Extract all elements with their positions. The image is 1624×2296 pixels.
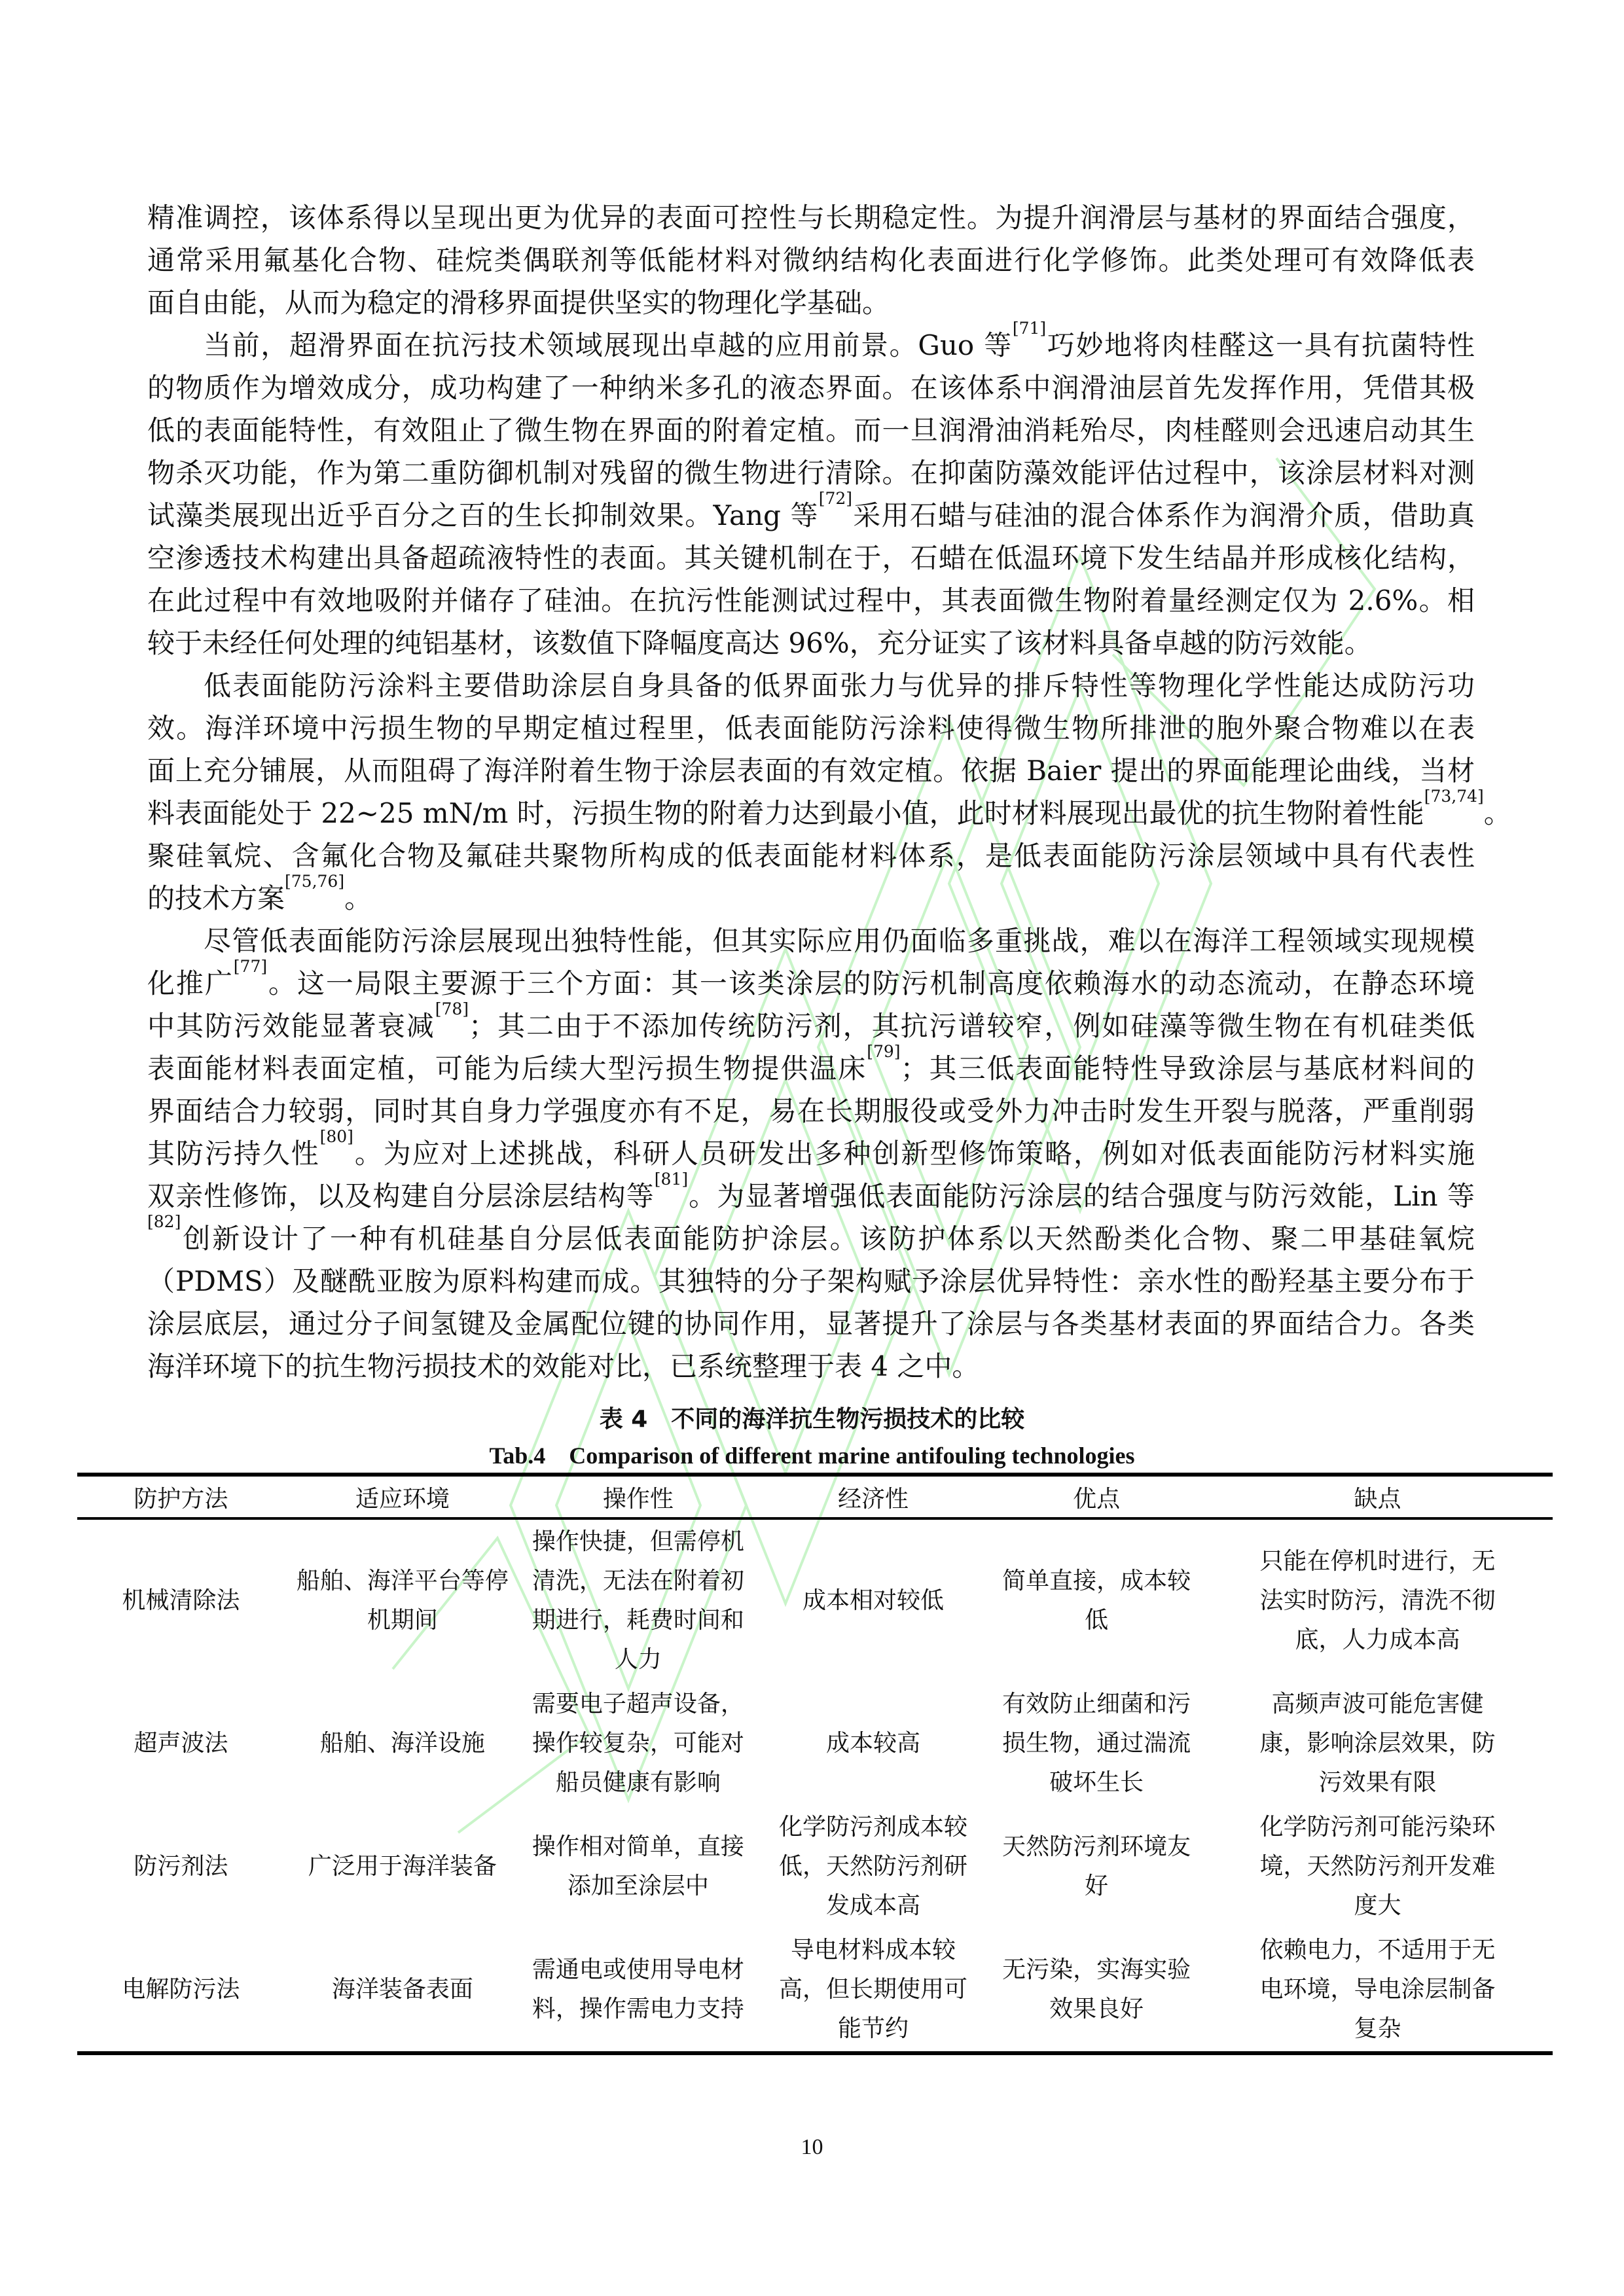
table-cell: 操作快捷，但需停机清洗，无法在附着初期进行，耗费时间和人力	[520, 1518, 756, 1682]
text-line: 海洋环境下的抗生物污损技术的效能对比，已系统整理于表 4 之中。	[147, 1345, 1475, 1388]
cell-text: 低	[1002, 1601, 1191, 1640]
table-cell: 防污剂法	[77, 1805, 285, 1928]
cell-text: 简单直接，成本较	[1002, 1562, 1191, 1601]
table-cell: 电解防污法	[77, 1928, 285, 2053]
table-cell: 机械清除法	[77, 1518, 285, 1682]
cell-text: 船舶、海洋设施	[297, 1724, 509, 1763]
col-header-disadvantages: 缺点	[1202, 1475, 1553, 1518]
table-cell: 船舶、海洋设施	[285, 1682, 520, 1805]
table-header-row: 防护方法 适应环境 操作性 经济性 优点 缺点	[77, 1475, 1553, 1518]
table-cell: 无污染，实海实验效果良好	[990, 1928, 1202, 2053]
table-cell: 船舶、海洋平台等停机期间	[285, 1518, 520, 1682]
cell-text: 成本较高	[768, 1724, 979, 1763]
text-run: 较于未经任何处理的纯铝基材，该数值下降幅度高达 96%，充分证实了该材料具备卓越…	[147, 627, 1372, 659]
table-cell: 导电材料成本较高，但长期使用可能节约	[756, 1928, 990, 2053]
text-run: 海洋环境下的抗生物污损技术的效能对比，已系统整理于表 4 之中。	[147, 1350, 979, 1382]
text-run: 在此过程中有效地吸附并储存了硅油。在抗污性能测试过程中，其表面微生物附着量经测定…	[147, 584, 1475, 617]
table-cell: 只能在停机时进行，无法实时防污，清洗不彻底，人力成本高	[1202, 1518, 1553, 1682]
text-line: 通常采用氟基化合物、硅烷类偶联剂等低能材料对微纳结构化表面进行化学修饰。此类处理…	[147, 239, 1475, 281]
cell-text: 度大	[1214, 1886, 1541, 1926]
text-run: 创新设计了一种有机硅基自分层低表面能防护涂层。该防护体系以天然酚类化合物、聚二甲…	[181, 1223, 1475, 1255]
text-run: ；其三低表面能特性导致涂层与基底材料间的	[901, 1052, 1475, 1085]
cell-text: 破坏生长	[1002, 1763, 1191, 1803]
paragraph: 当前，超滑界面在抗污技术领域展现出卓越的应用前景。Guo 等[71]巧妙地将肉桂…	[147, 324, 1475, 664]
text-run: 效。海洋环境中污损生物的早期定植过程里，低表面能防污涂料使得微生物所排泄的胞外聚…	[147, 712, 1475, 744]
cell-text: 人力	[532, 1640, 744, 1679]
cell-text: 电环境，导电涂层制备	[1214, 1970, 1541, 2009]
text-run: 采用石蜡与硅油的混合体系作为润滑介质，借助真	[852, 499, 1475, 531]
table-cell: 广泛用于海洋装备	[285, 1805, 520, 1928]
col-header-method: 防护方法	[77, 1475, 285, 1518]
text-line: 料表面能处于 22~25 mN/m 时，污损生物的附着力达到最小值，此时材料展现…	[147, 792, 1475, 834]
table-cell: 需要电子超声设备，操作较复杂，可能对船员健康有影响	[520, 1682, 756, 1805]
cell-text: 清洗，无法在附着初	[532, 1562, 744, 1601]
text-run: 双亲性修饰，以及构建自分层涂层结构等	[147, 1180, 655, 1212]
text-run: 精准调控，该体系得以呈现出更为优异的表面可控性与长期稳定性。为提升润滑层与基材的…	[147, 202, 1475, 234]
text-line: 面自由能，从而为稳定的滑移界面提供坚实的物理化学基础。	[147, 281, 1475, 324]
text-line: 中其防污效能显著衰减[78]；其二由于不添加传统防污剂，其抗污谱较窄，例如硅藻等…	[147, 1005, 1475, 1047]
citation-ref: [80]	[320, 1127, 353, 1146]
table-row: 电解防污法海洋装备表面需通电或使用导电材料，操作需电力支持导电材料成本较高，但长…	[77, 1928, 1553, 2053]
cell-text: 境，天然防污剂开发难	[1214, 1847, 1541, 1886]
text-run: 空渗透技术构建出具备超疏液特性的表面。其关键机制在于，石蜡在低温环境下发生结晶并…	[147, 542, 1475, 574]
text-line: 双亲性修饰，以及构建自分层涂层结构等[81]。为显著增强低表面能防污涂层的结合强…	[147, 1175, 1475, 1217]
cell-text: 机械清除法	[89, 1581, 273, 1621]
cell-text: 船舶、海洋平台等停	[297, 1562, 509, 1601]
text-run: 巧妙地将肉桂醛这一具有抗菌特性	[1046, 329, 1475, 361]
text-line: 的物质作为增效成分，成功构建了一种纳米多孔的液态界面。在该体系中润滑油层首先发挥…	[147, 367, 1475, 409]
text-line: 在此过程中有效地吸附并储存了硅油。在抗污性能测试过程中，其表面微生物附着量经测定…	[147, 579, 1475, 622]
cell-text: 料，操作需电力支持	[532, 1990, 744, 2029]
table-cell: 天然防污剂环境友好	[990, 1805, 1202, 1928]
text-line: 较于未经任何处理的纯铝基材，该数值下降幅度高达 96%，充分证实了该材料具备卓越…	[147, 622, 1475, 664]
text-run: 涂层底层，通过分子间氢键及金属配位键的协同作用，显著提升了涂层与各类基材表面的界…	[147, 1308, 1475, 1340]
text-run: 面自由能，从而为稳定的滑移界面提供坚实的物理化学基础。	[147, 287, 890, 319]
cell-text: 期进行，耗费时间和	[532, 1601, 744, 1640]
col-header-operability: 操作性	[520, 1475, 756, 1518]
table-cell: 高频声波可能危害健康，影响涂层效果，防污效果有限	[1202, 1682, 1553, 1805]
cell-text: 导电材料成本较	[768, 1931, 979, 1970]
cell-text: 高频声波可能危害健	[1214, 1685, 1541, 1724]
table-cell: 超声波法	[77, 1682, 285, 1805]
text-run: 通常采用氟基化合物、硅烷类偶联剂等低能材料对微纳结构化表面进行化学修饰。此类处理…	[147, 244, 1475, 276]
cell-text: 操作较复杂，可能对	[532, 1724, 744, 1763]
cell-text: 需通电或使用导电材	[532, 1950, 744, 1990]
cell-text: 有效防止细菌和污	[1002, 1685, 1191, 1724]
text-line: 面上充分铺展，从而阻碍了海洋附着生物于涂层表面的有效定植。依据 Baier 提出…	[147, 749, 1475, 792]
cell-text: 操作相对简单，直接	[532, 1827, 744, 1867]
cell-text: 发成本高	[768, 1886, 979, 1926]
text-run: 的技术方案	[147, 882, 285, 914]
table-caption-en: Tab.4 Comparison of different marine ant…	[0, 1437, 1624, 1471]
table-row: 防污剂法广泛用于海洋装备操作相对简单，直接添加至涂层中化学防污剂成本较低，天然防…	[77, 1805, 1553, 1928]
cell-text: 低，天然防污剂研	[768, 1847, 979, 1886]
text-run: 面上充分铺展，从而阻碍了海洋附着生物于涂层表面的有效定植。依据 Baier 提出…	[147, 755, 1475, 787]
col-header-economy: 经济性	[756, 1475, 990, 1518]
text-run: 中其防污效能显著衰减	[147, 1010, 435, 1042]
cell-text: 广泛用于海洋装备	[297, 1847, 509, 1886]
citation-ref: [79]	[867, 1042, 900, 1061]
text-line: [82]创新设计了一种有机硅基自分层低表面能防护涂层。该防护体系以天然酚类化合物…	[147, 1217, 1475, 1260]
cell-text: 添加至涂层中	[532, 1867, 744, 1906]
col-header-environment: 适应环境	[285, 1475, 520, 1518]
citation-ref: [75,76]	[285, 872, 344, 891]
text-run: 当前，超滑界面在抗污技术领域展现出卓越的应用前景。Guo 等	[204, 329, 1013, 361]
citation-ref: [71]	[1013, 319, 1046, 338]
cell-text: 康，影响涂层效果，防	[1214, 1724, 1541, 1763]
text-run: 试藻类展现出近乎百分之百的生长抑制效果。Yang 等	[147, 499, 819, 531]
cell-text: 超声波法	[89, 1724, 273, 1763]
cell-text: 污效果有限	[1214, 1763, 1541, 1803]
table-cell: 化学防污剂成本较低，天然防污剂研发成本高	[756, 1805, 990, 1928]
text-run: 。为应对上述挑战，科研人员研发出多种创新型修饰策略，例如对低表面能防污材料实施	[353, 1138, 1475, 1170]
cell-text: 法实时防污，清洗不彻	[1214, 1581, 1541, 1621]
cell-text: 防污剂法	[89, 1847, 273, 1886]
text-run: 界面结合力较弱，同时其自身力学强度亦有不足，易在长期服役或受外力冲击时发生开裂与…	[147, 1095, 1475, 1127]
comparison-table: 防护方法 适应环境 操作性 经济性 优点 缺点 机械清除法船舶、海洋平台等停机期…	[77, 1473, 1553, 2055]
citation-ref: [72]	[819, 489, 852, 508]
text-run: 聚硅氧烷、含氟化合物及氟硅共聚物所构成的低表面能材料体系，是低表面能防污涂层领域…	[147, 840, 1475, 872]
text-run: 其防污持久性	[147, 1138, 320, 1170]
citation-ref: [78]	[435, 999, 469, 1018]
text-line: 聚硅氧烷、含氟化合物及氟硅共聚物所构成的低表面能材料体系，是低表面能防污涂层领域…	[147, 834, 1475, 877]
text-run: 低表面能防污涂料主要借助涂层自身具备的低界面张力与优异的排斥特性等物理化学性能达…	[204, 670, 1475, 702]
text-run: 。这一局限主要源于三个方面：其一该类涂层的防污机制高度依赖海水的动态流动，在静态…	[267, 967, 1475, 999]
text-run: 物杀灭功能，作为第二重防御机制对残留的微生物进行清除。在抑菌防藻效能评估过程中，…	[147, 457, 1475, 489]
cell-text: 成本相对较低	[768, 1581, 979, 1621]
citation-ref: [81]	[655, 1170, 688, 1189]
text-line: 表面能材料表面定植，可能为后续大型污损生物提供温床[79]；其三低表面能特性导致…	[147, 1047, 1475, 1090]
table-cell: 化学防污剂可能污染环境，天然防污剂开发难度大	[1202, 1805, 1553, 1928]
text-run: 料表面能处于 22~25 mN/m 时，污损生物的附着力达到最小值，此时材料展现…	[147, 797, 1424, 829]
citation-ref: [77]	[234, 957, 267, 976]
text-run: 的物质作为增效成分，成功构建了一种纳米多孔的液态界面。在该体系中润滑油层首先发挥…	[147, 372, 1475, 404]
text-run: ；其二由于不添加传统防污剂，其抗污谱较窄，例如硅藻等微生物在有机硅类低	[469, 1010, 1475, 1042]
table-cell: 需通电或使用导电材料，操作需电力支持	[520, 1928, 756, 2053]
table-cell: 成本较高	[756, 1682, 990, 1805]
cell-text: 需要电子超声设备，	[532, 1685, 744, 1724]
table-cell: 简单直接，成本较低	[990, 1518, 1202, 1682]
paragraph: 尽管低表面能防污涂层展现出独特性能，但其实际应用仍面临多重挑战，难以在海洋工程领…	[147, 920, 1475, 1388]
text-line: （PDMS）及醚酰亚胺为原料构建而成。其独特的分子架构赋予涂层优异特性：亲水性的…	[147, 1260, 1475, 1302]
cell-text: 高，但长期使用可	[768, 1970, 979, 2009]
text-line: 尽管低表面能防污涂层展现出独特性能，但其实际应用仍面临多重挑战，难以在海洋工程领…	[147, 920, 1475, 962]
text-line: 空渗透技术构建出具备超疏液特性的表面。其关键机制在于，石蜡在低温环境下发生结晶并…	[147, 537, 1475, 579]
text-run: 。为显著增强低表面能防污涂层的结合强度与防污效能，Lin 等	[688, 1180, 1475, 1212]
col-header-advantages: 优点	[990, 1475, 1202, 1518]
text-run: （PDMS）及醚酰亚胺为原料构建而成。其独特的分子架构赋予涂层优异特性：亲水性的…	[147, 1265, 1475, 1297]
text-line: 试藻类展现出近乎百分之百的生长抑制效果。Yang 等[72]采用石蜡与硅油的混合…	[147, 494, 1475, 537]
text-run: 化推广	[147, 967, 234, 999]
table-cell: 依赖电力，不适用于无电环境，导电涂层制备复杂	[1202, 1928, 1553, 2053]
cell-text: 只能在停机时进行，无	[1214, 1542, 1541, 1581]
cell-text: 复杂	[1214, 2009, 1541, 2049]
table-row: 超声波法船舶、海洋设施需要电子超声设备，操作较复杂，可能对船员健康有影响成本较高…	[77, 1682, 1553, 1805]
cell-text: 损生物，通过湍流	[1002, 1724, 1191, 1763]
text-line: 低的表面能特性，有效阻止了微生物在界面的附着定植。而一旦润滑油消耗殆尽，肉桂醛则…	[147, 409, 1475, 452]
table-caption-cn: 表 4 不同的海洋抗生物污损技术的比较	[0, 1401, 1624, 1434]
cell-text: 无污染，实海实验	[1002, 1950, 1191, 1990]
cell-text: 电解防污法	[89, 1970, 273, 2009]
cell-text: 底，人力成本高	[1214, 1621, 1541, 1660]
cell-text: 操作快捷，但需停机	[532, 1522, 744, 1562]
cell-text: 船员健康有影响	[532, 1763, 744, 1803]
text-line: 效。海洋环境中污损生物的早期定植过程里，低表面能防污涂料使得微生物所排泄的胞外聚…	[147, 707, 1475, 749]
text-line: 物杀灭功能，作为第二重防御机制对残留的微生物进行清除。在抑菌防藻效能评估过程中，…	[147, 452, 1475, 494]
citation-ref: [82]	[147, 1212, 181, 1231]
table-cell: 海洋装备表面	[285, 1928, 520, 2053]
text-run: 。	[1484, 797, 1511, 829]
table-cell: 操作相对简单，直接添加至涂层中	[520, 1805, 756, 1928]
text-line: 化推广[77]。这一局限主要源于三个方面：其一该类涂层的防污机制高度依赖海水的动…	[147, 962, 1475, 1005]
text-run: 尽管低表面能防污涂层展现出独特性能，但其实际应用仍面临多重挑战，难以在海洋工程领…	[204, 925, 1475, 957]
table-row: 机械清除法船舶、海洋平台等停机期间操作快捷，但需停机清洗，无法在附着初期进行，耗…	[77, 1518, 1553, 1682]
table-cell: 成本相对较低	[756, 1518, 990, 1682]
text-line: 界面结合力较弱，同时其自身力学强度亦有不足，易在长期服役或受外力冲击时发生开裂与…	[147, 1090, 1475, 1132]
text-run: 低的表面能特性，有效阻止了微生物在界面的附着定植。而一旦润滑油消耗殆尽，肉桂醛则…	[147, 414, 1475, 446]
cell-text: 机期间	[297, 1601, 509, 1640]
body-text: 精准调控，该体系得以呈现出更为优异的表面可控性与长期稳定性。为提升润滑层与基材的…	[147, 196, 1475, 1388]
citation-ref: [73,74]	[1424, 787, 1484, 806]
cell-text: 好	[1002, 1867, 1191, 1906]
page-number: 10	[0, 2135, 1624, 2160]
cell-text: 海洋装备表面	[297, 1970, 509, 2009]
paragraph: 低表面能防污涂料主要借助涂层自身具备的低界面张力与优异的排斥特性等物理化学性能达…	[147, 664, 1475, 920]
cell-text: 化学防污剂可能污染环	[1214, 1808, 1541, 1847]
paragraph: 精准调控，该体系得以呈现出更为优异的表面可控性与长期稳定性。为提升润滑层与基材的…	[147, 196, 1475, 324]
cell-text: 能节约	[768, 2009, 979, 2049]
cell-text: 效果良好	[1002, 1990, 1191, 2029]
cell-text: 天然防污剂环境友	[1002, 1827, 1191, 1867]
table-cell: 有效防止细菌和污损生物，通过湍流破坏生长	[990, 1682, 1202, 1805]
text-line: 低表面能防污涂料主要借助涂层自身具备的低界面张力与优异的排斥特性等物理化学性能达…	[147, 664, 1475, 707]
text-run: 。	[344, 882, 372, 914]
text-line: 精准调控，该体系得以呈现出更为优异的表面可控性与长期稳定性。为提升润滑层与基材的…	[147, 196, 1475, 239]
text-line: 的技术方案[75,76]。	[147, 877, 1475, 920]
text-line: 当前，超滑界面在抗污技术领域展现出卓越的应用前景。Guo 等[71]巧妙地将肉桂…	[147, 324, 1475, 367]
cell-text: 依赖电力，不适用于无	[1214, 1931, 1541, 1970]
text-line: 其防污持久性[80]。为应对上述挑战，科研人员研发出多种创新型修饰策略，例如对低…	[147, 1132, 1475, 1175]
text-line: 涂层底层，通过分子间氢键及金属配位键的协同作用，显著提升了涂层与各类基材表面的界…	[147, 1302, 1475, 1345]
cell-text: 化学防污剂成本较	[768, 1808, 979, 1847]
text-run: 表面能材料表面定植，可能为后续大型污损生物提供温床	[147, 1052, 867, 1085]
